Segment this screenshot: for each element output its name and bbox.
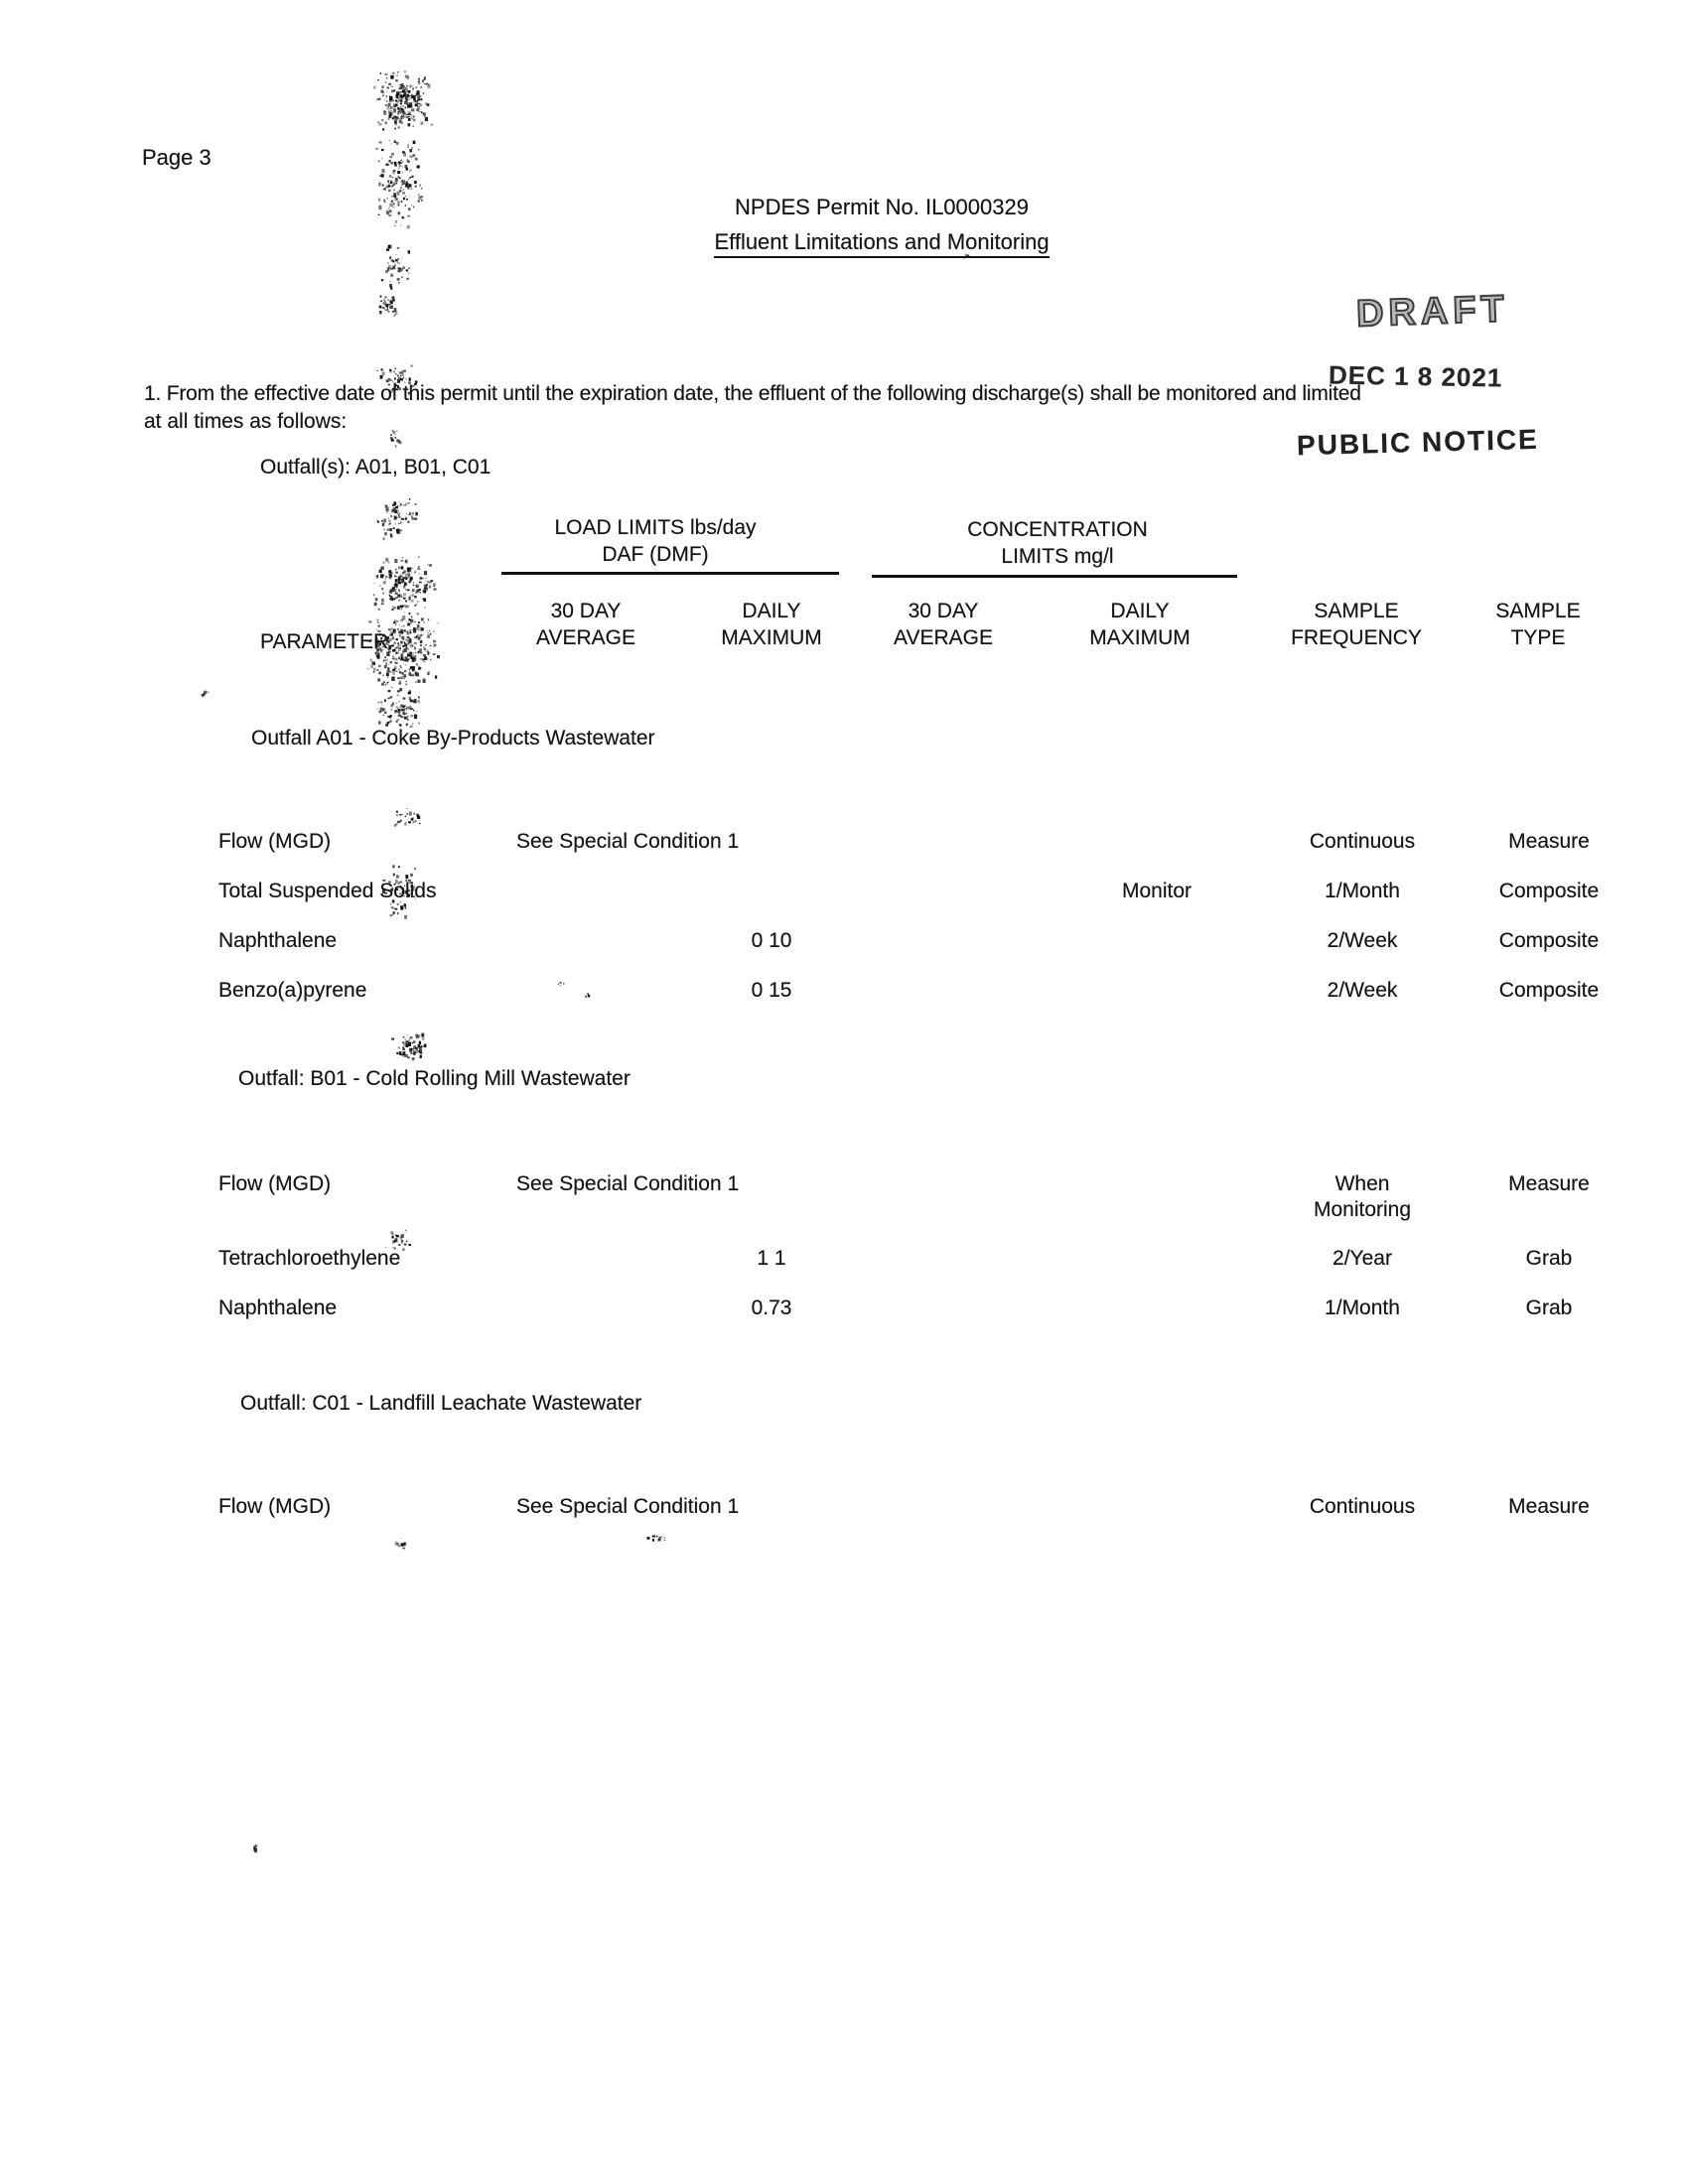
concentration-limits-underline	[872, 575, 1237, 578]
load-limits-underline	[501, 572, 839, 575]
cell-load-30day-average: See Special Condition 1	[516, 1494, 739, 1520]
draft-stamp: DRAFT	[1355, 288, 1509, 336]
cell-sample-type: Composite	[1499, 928, 1599, 954]
column-header-conc-30day-average: 30 DAY AVERAGE	[894, 598, 993, 651]
document-header: NPDES Permit No. IL0000329 Effluent Limi…	[435, 195, 1329, 258]
cell-sample-type: Composite	[1499, 879, 1599, 904]
column-header-load-30day-average: 30 DAY AVERAGE	[536, 598, 635, 651]
concentration-limits-header: CONCENTRATION LIMITS mg/l	[967, 516, 1148, 570]
cell-conc-daily-maximum: Monitor	[1122, 879, 1192, 904]
cell-parameter: Total Suspended Solids	[218, 879, 437, 904]
cell-sample-frequency: 2/Week	[1328, 928, 1398, 954]
cell-sample-frequency: 1/Month	[1325, 879, 1400, 904]
permit-number: NPDES Permit No. IL0000329	[435, 195, 1329, 220]
cell-sample-frequency: Continuous	[1310, 1494, 1415, 1520]
column-header-sample-type: SAMPLE TYPE	[1495, 598, 1580, 651]
cell-sample-type: Grab	[1526, 1296, 1573, 1321]
cell-sample-type: Measure	[1508, 829, 1590, 855]
cell-sample-type: Composite	[1499, 978, 1599, 1004]
column-header-load-daily-maximum: DAILY MAXIMUM	[721, 598, 822, 651]
cell-sample-frequency: When Monitoring	[1314, 1171, 1411, 1223]
cell-parameter: Naphthalene	[218, 928, 337, 954]
cell-sample-type: Measure	[1508, 1494, 1590, 1520]
outfall-list: Outfall(s): A01, B01, C01	[260, 456, 491, 479]
outfall-section-title: Outfall A01 - Coke By-Products Wastewate…	[251, 727, 655, 751]
column-header-parameter: PARAMETER	[260, 628, 388, 655]
column-header-conc-daily-maximum: DAILY MAXIMUM	[1089, 598, 1191, 651]
document-page: Page 3 NPDES Permit No. IL0000329 Efflue…	[0, 0, 1684, 2184]
intro-paragraph-line1: 1. From the effective date of this permi…	[144, 382, 1361, 406]
cell-parameter: Tetrachloroethylene	[218, 1246, 400, 1272]
cell-load-daily-maximum: 1 1	[757, 1246, 785, 1272]
cell-parameter: Flow (MGD)	[218, 1171, 331, 1197]
page-number: Page 3	[142, 145, 211, 171]
cell-sample-frequency: 1/Month	[1325, 1296, 1400, 1321]
cell-load-30day-average: See Special Condition 1	[516, 829, 739, 855]
cell-load-daily-maximum: 0 15	[752, 978, 792, 1004]
cell-load-daily-maximum: 0.73	[752, 1296, 792, 1321]
column-header-sample-frequency: SAMPLE FREQUENCY	[1291, 598, 1422, 651]
cell-load-30day-average: See Special Condition 1	[516, 1171, 739, 1197]
cell-sample-frequency: 2/Year	[1333, 1246, 1392, 1272]
document-title: Effluent Limitations and Monitoring	[714, 229, 1049, 258]
date-received-stamp: DEC 1 8 2021	[1329, 359, 1503, 393]
outfall-section-title: Outfall: B01 - Cold Rolling Mill Wastewa…	[238, 1067, 631, 1091]
load-limits-header: LOAD LIMITS lbs/day DAF (DMF)	[554, 514, 756, 568]
cell-parameter: Benzo(a)pyrene	[218, 978, 366, 1004]
outfall-section-title: Outfall: C01 - Landfill Leachate Wastewa…	[240, 1392, 641, 1416]
cell-sample-type: Grab	[1526, 1246, 1573, 1272]
cell-sample-frequency: Continuous	[1310, 829, 1415, 855]
cell-parameter: Flow (MGD)	[218, 829, 331, 855]
intro-paragraph-line2: at all times as follows:	[144, 410, 347, 434]
cell-load-daily-maximum: 0 10	[752, 928, 792, 954]
public-notice-stamp: PUBLIC NOTICE	[1297, 424, 1540, 462]
cell-sample-frequency: 2/Week	[1328, 978, 1398, 1004]
cell-sample-type: Measure	[1508, 1171, 1590, 1197]
cell-parameter: Flow (MGD)	[218, 1494, 331, 1520]
cell-parameter: Naphthalene	[218, 1296, 337, 1321]
